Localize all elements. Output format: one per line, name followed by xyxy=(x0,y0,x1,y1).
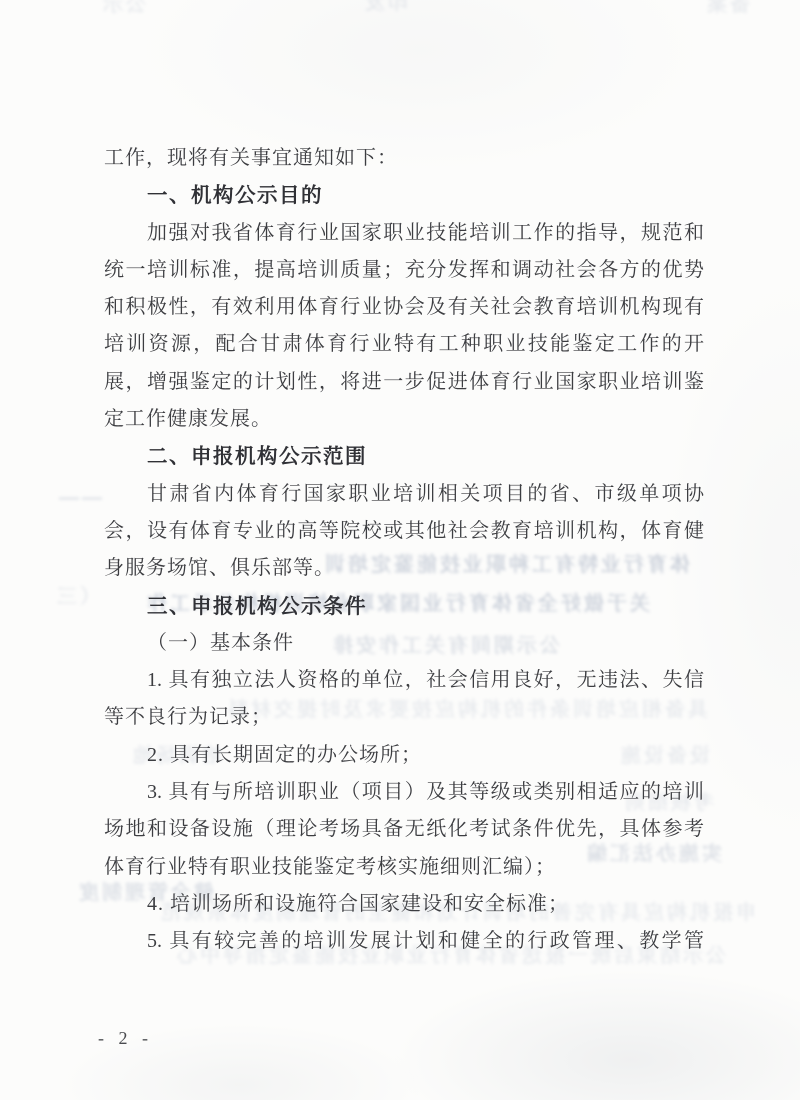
subsection-heading: （一）基本条件 xyxy=(104,625,704,662)
doc-line: 和积极性，有效利用体育行业协会及有关社会教育培训机构现有 xyxy=(104,289,704,326)
doc-line: 展，增强鉴定的计划性，将进一步促进体育行业国家职业培训鉴 xyxy=(104,364,704,401)
bleedthrough-mark: —— xyxy=(44,485,102,512)
doc-line: 3. 具有与所培训职业（项目）及其等级或类别相适应的培训 xyxy=(104,774,704,811)
section-heading-3: 三、申报机构公示条件 xyxy=(104,588,704,625)
doc-line: 身服务场馆、俱乐部等。 xyxy=(104,550,704,587)
section-heading-1: 一、机构公示目的 xyxy=(104,177,704,214)
document-body: 工作，现将有关事宜通知如下： 一、机构公示目的 加强对我省体育行业国家职业技能培… xyxy=(104,140,704,961)
doc-line: 工作，现将有关事宜通知如下： xyxy=(104,140,704,177)
bleedthrough-mark: 备案 xyxy=(698,0,750,19)
doc-line: 会，设有体育专业的高等院校或其他社会教育培训机构，体育健 xyxy=(104,513,704,550)
doc-line: 场地和设备设施（理论考场具备无纸化考试条件优先，具体参考 xyxy=(104,811,704,848)
doc-line: 等不良行为记录； xyxy=(104,699,704,736)
doc-line: 1. 具有独立法人资格的单位，社会信用良好，无违法、失信 xyxy=(104,662,704,699)
doc-line: 5. 具有较完善的培训发展计划和健全的行政管理、教学管 xyxy=(104,923,704,960)
scanned-document-page: 公示 印发 备案 —— 体育行业特有工种职业技能鉴定培训 关于做好全省体育行业国… xyxy=(0,0,800,1100)
page-number: - 2 - xyxy=(98,1028,153,1049)
doc-line: 统一培训标准，提高培训质量；充分发挥和调动社会各方的优势 xyxy=(104,252,704,289)
bleedthrough-mark: 公示 xyxy=(96,0,146,19)
section-heading-2: 二、申报机构公示范围 xyxy=(104,438,704,475)
doc-line: 2. 具有长期固定的办公场所； xyxy=(104,737,704,774)
doc-line: 加强对我省体育行业国家职业技能培训工作的指导，规范和 xyxy=(104,215,704,252)
bleedthrough-mark: 印发 xyxy=(356,0,408,17)
doc-line: 培训资源，配合甘肃体育行业特有工种职业技能鉴定工作的开 xyxy=(104,326,704,363)
doc-line: 体育行业特有职业技能鉴定考核实施细则汇编）； xyxy=(104,849,704,886)
doc-line: 4. 培训场所和设施符合国家建设和安全标准； xyxy=(104,886,704,923)
doc-line: 定工作健康发展。 xyxy=(104,401,704,438)
bleedthrough-mark: （三 xyxy=(40,584,100,611)
doc-line: 甘肃省内体育行国家职业培训相关项目的省、市级单项协 xyxy=(104,476,704,513)
